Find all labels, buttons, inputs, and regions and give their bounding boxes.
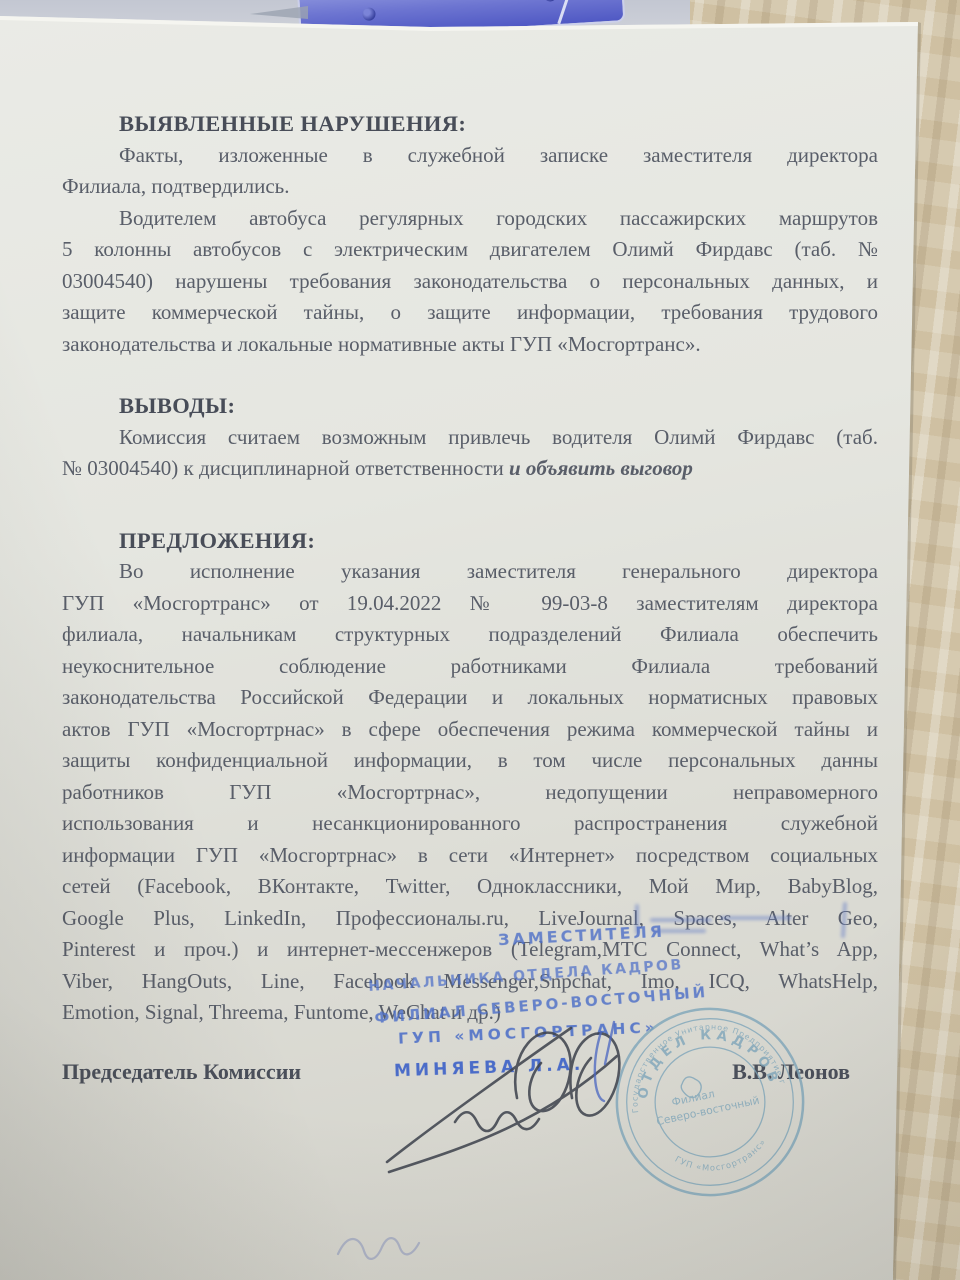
document-section: ВЫЯВЛЕННЫЕ НАРУШЕНИЯ:Факты, изложенные в… bbox=[62, 108, 878, 360]
text-segment: № 03004540) к дисциплинарной ответственн… bbox=[62, 456, 509, 480]
photo-of-document: ВЫЯВЛЕННЫЕ НАРУШЕНИЯ:Факты, изложенные в… bbox=[0, 0, 960, 1280]
signer-title: Председатель Комиссии bbox=[62, 1056, 301, 1088]
text-line: защиты конфиденциальной информации, в то… bbox=[62, 745, 878, 777]
reflection-streak bbox=[557, 0, 579, 24]
text-line: Водителем автобуса регулярных городских … bbox=[62, 203, 878, 235]
document-section: ВЫВОДЫ:Комиссия считаем возможным привле… bbox=[62, 390, 878, 485]
emphasis-text: и объявить выговор bbox=[509, 456, 693, 480]
text-line: работников ГУП «Мосгортрнас», недопущени… bbox=[62, 777, 878, 809]
text-line: Факты, изложенные в служебной записке за… bbox=[62, 140, 878, 172]
section-heading: ВЫВОДЫ: bbox=[62, 390, 878, 422]
text-line: неукоснительное соблюдение работниками Ф… bbox=[62, 651, 878, 683]
faint-signature-squiggle bbox=[332, 1222, 427, 1267]
text-line: использования и несанкционированного рас… bbox=[62, 808, 878, 840]
screw-dot-icon bbox=[362, 7, 376, 21]
handwritten-signature bbox=[365, 1002, 665, 1177]
text-line: Филиала, подтвердились. bbox=[62, 171, 878, 203]
text-line: 5 колонны автобусов с электрическим двиг… bbox=[62, 234, 878, 266]
text-line: законодательства Российской Федерации и … bbox=[62, 682, 878, 714]
svg-text:ГУП «Мосгортранс»: ГУП «Мосгортранс» bbox=[672, 1135, 772, 1181]
faint-stamp-mark bbox=[630, 898, 860, 948]
text-line: № 03004540) к дисциплинарной ответственн… bbox=[62, 453, 878, 485]
document-sections: ВЫЯВЛЕННЫЕ НАРУШЕНИЯ:Факты, изложенные в… bbox=[62, 108, 878, 1029]
text-line: информации ГУП «Мосгортрнас» в сети «Инт… bbox=[62, 840, 878, 872]
document-section: ПРЕДЛОЖЕНИЯ:Во исполнение указания замес… bbox=[62, 525, 878, 1029]
text-line: актов ГУП «Мосгортрнас» в сфере обеспече… bbox=[62, 714, 878, 746]
text-line: филиала, начальникам структурных подразд… bbox=[62, 619, 878, 651]
round-stamp-bottom-text: ГУП «Мосгортранс» bbox=[672, 1135, 772, 1181]
text-line: Комиссия считаем возможным привлечь води… bbox=[62, 422, 878, 454]
section-heading: ВЫЯВЛЕННЫЕ НАРУШЕНИЯ: bbox=[62, 108, 878, 140]
text-line: Во исполнение указания заместителя генер… bbox=[62, 556, 878, 588]
text-line: законодательства и локальные нормативные… bbox=[62, 329, 878, 361]
text-line: защите коммерческой тайны, о защите инфо… bbox=[62, 297, 878, 329]
screw-dot-icon bbox=[543, 0, 557, 2]
text-line: ГУП «Мосгортранс» от 19.04.2022 № 99-03-… bbox=[62, 588, 878, 620]
text-line: 03004540) нарушены требования законодате… bbox=[62, 266, 878, 298]
section-heading: ПРЕДЛОЖЕНИЯ: bbox=[62, 525, 878, 557]
